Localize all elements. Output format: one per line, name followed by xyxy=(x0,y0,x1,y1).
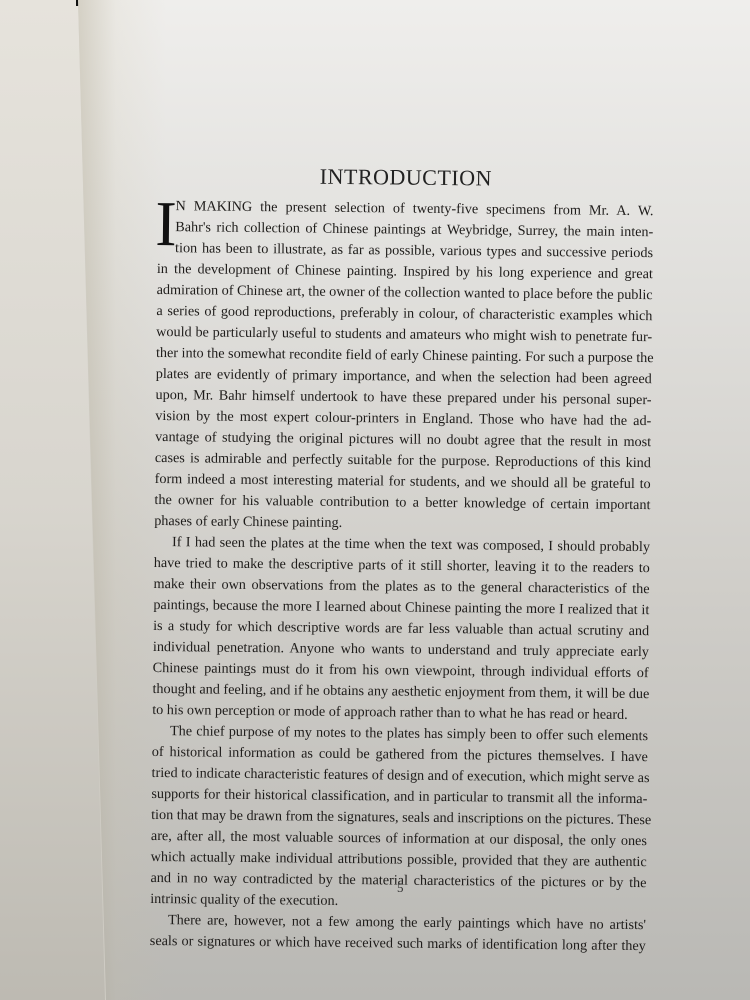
page-title: INTRODUCTION xyxy=(158,162,654,193)
page-number: 5 xyxy=(397,880,404,896)
page-text: INTRODUCTION I N MAKING the present sele… xyxy=(150,162,654,957)
paragraph: There are, however, not a few among the … xyxy=(150,910,646,957)
paragraph: N MAKING the present selection of twenty… xyxy=(154,196,653,537)
paragraph: If I had seen the plates at the time whe… xyxy=(152,532,650,726)
drop-cap: I xyxy=(155,198,177,250)
body-text: N MAKING the present selection of twenty… xyxy=(150,196,654,957)
